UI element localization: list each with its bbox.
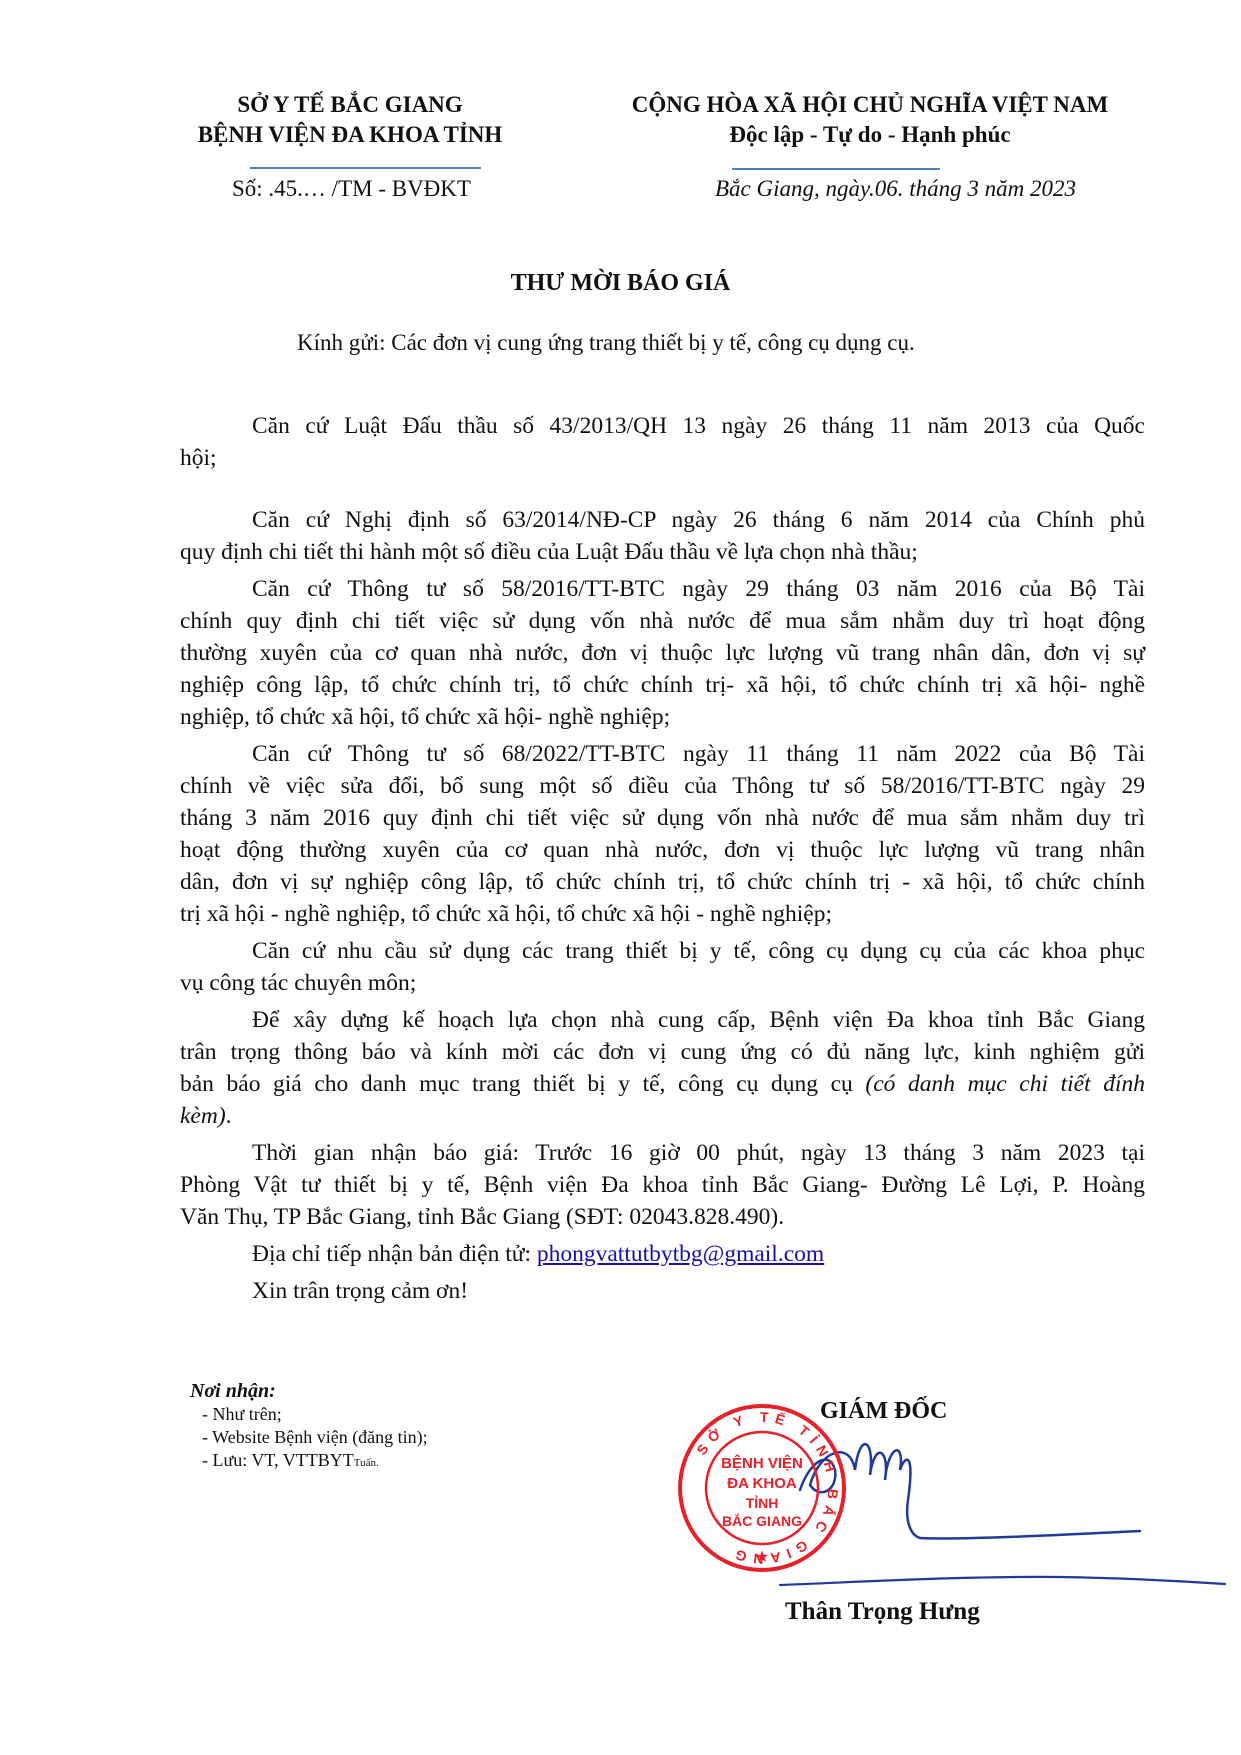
header-right-underline bbox=[732, 168, 940, 170]
email-label: Địa chỉ tiếp nhận bản điện tử: bbox=[252, 1241, 537, 1267]
national-motto: Độc lập - Tự do - Hạnh phúc bbox=[590, 122, 1150, 148]
document-title: THƯ MỜI BÁO GIÁ bbox=[0, 270, 1241, 297]
paragraph-line: Văn Thụ, TP Bắc Giang, tỉnh Bắc Giang (S… bbox=[180, 1201, 1145, 1233]
paragraph-line: nghiệp công lập, tổ chức chính trị, tổ c… bbox=[180, 669, 1145, 701]
paragraph-line: thường xuyên của cơ quan nhà nước, đơn v… bbox=[180, 637, 1145, 669]
signer-name: Thân Trọng Hưng bbox=[785, 1598, 980, 1626]
paragraph-line: Căn cứ nhu cầu sử dụng các trang thiết b… bbox=[180, 935, 1145, 967]
agency-name: SỞ Y TẾ BẮC GIANG bbox=[150, 92, 550, 118]
paragraph-line: dân, đơn vị sự nghiệp công lập, tổ chức … bbox=[180, 866, 1145, 898]
drafter-initials: Tuấn. bbox=[354, 1457, 379, 1469]
national-title: CỘNG HÒA XÃ HỘI CHỦ NGHĨA VIỆT NAM bbox=[590, 92, 1150, 118]
stamp-inner-line: TỈNH bbox=[746, 1495, 779, 1511]
paragraph-email: Địa chỉ tiếp nhận bản điện tử: phongvatt… bbox=[180, 1238, 1145, 1270]
paragraph-line: Căn cứ Nghị định số 63/2014/NĐ-CP ngày 2… bbox=[180, 504, 1145, 536]
attachment-note: (có danh mục chi tiết đính bbox=[865, 1071, 1145, 1097]
thanks-line: Xin trân trọng cảm ơn! bbox=[180, 1275, 1145, 1307]
header-left-underline bbox=[250, 167, 481, 169]
paragraph-legal-basis-4: Căn cứ Thông tư số 68/2022/TT-BTC ngày 1… bbox=[180, 738, 1145, 930]
stamp-star-icon: ★ bbox=[755, 1549, 769, 1566]
paragraph-legal-basis-2: Căn cứ Nghị định số 63/2014/NĐ-CP ngày 2… bbox=[180, 504, 1145, 568]
document-date: Bắc Giang, ngày.06. tháng 3 năm 2023 bbox=[715, 176, 1076, 202]
stamp-inner-line: BỆNH VIỆN bbox=[721, 1454, 803, 1472]
paragraph-line: Phòng Vật tư thiết bị y tế, Bệnh viện Đa… bbox=[180, 1169, 1145, 1201]
text-span: bản báo giá cho danh mục trang thiết bị … bbox=[180, 1071, 865, 1097]
paragraph-deadline: Thời gian nhận báo giá: Trước 16 giờ 00 … bbox=[180, 1137, 1145, 1233]
stamp-inner-line: ĐA KHOA bbox=[727, 1475, 797, 1492]
paragraph-needs: Căn cứ nhu cầu sử dụng các trang thiết b… bbox=[180, 935, 1145, 999]
paragraph-line: Để xây dựng kế hoạch lựa chọn nhà cung c… bbox=[180, 1004, 1145, 1036]
document-number: Số: .45.… /TM - BVĐKT bbox=[232, 176, 471, 202]
recipients-heading: Nơi nhận: bbox=[190, 1380, 428, 1403]
paragraph-line: trân trọng thông báo và kính mời các đơn… bbox=[180, 1036, 1145, 1068]
paragraph-line: Địa chỉ tiếp nhận bản điện tử: phongvatt… bbox=[180, 1238, 1145, 1270]
recipient-line: Kính gửi: Các đơn vị cung ứng trang thiế… bbox=[297, 330, 915, 356]
official-stamp: SỞ Y TẾ TỈNH BẮC GIANG BỆNH VIỆN ĐA KHOA… bbox=[676, 1402, 848, 1574]
paragraph-line: hội; bbox=[180, 442, 1145, 474]
paragraph-invitation: Để xây dựng kế hoạch lựa chọn nhà cung c… bbox=[180, 1004, 1145, 1132]
text-span: . bbox=[226, 1103, 232, 1129]
paragraph-line: nghiệp, tổ chức xã hội, tổ chức xã hội- … bbox=[180, 701, 1145, 733]
paragraph-line: Căn cứ Thông tư số 58/2016/TT-BTC ngày 2… bbox=[180, 573, 1145, 605]
paragraph-line: Căn cứ Luật Đấu thầu số 43/2013/QH 13 ng… bbox=[180, 410, 1145, 442]
paragraph-line: bản báo giá cho danh mục trang thiết bị … bbox=[180, 1068, 1145, 1100]
recipient-item: - Như trên; bbox=[190, 1403, 428, 1426]
paragraph-line: kèm). bbox=[180, 1100, 1145, 1132]
email-link[interactable]: phongvattutbytbg@gmail.com bbox=[537, 1241, 824, 1267]
paragraph-legal-basis-3: Căn cứ Thông tư số 58/2016/TT-BTC ngày 2… bbox=[180, 573, 1145, 733]
paragraph-line: tháng 3 năm 2016 quy định chi tiết việc … bbox=[180, 802, 1145, 834]
paragraph-thanks: Xin trân trọng cảm ơn! bbox=[180, 1275, 1145, 1307]
recipients-block: Nơi nhận: - Như trên; - Website Bệnh việ… bbox=[190, 1380, 428, 1475]
recipient-item-text: - Lưu: VT, VTTBYT bbox=[202, 1450, 354, 1470]
paragraph-line: quy định chi tiết thi hành một số điều c… bbox=[180, 536, 1145, 568]
paragraph-line: trị xã hội - nghề nghiệp, tổ chức xã hội… bbox=[180, 898, 1145, 930]
paragraph-line: chính về việc sửa đổi, bổ sung một số đi… bbox=[180, 770, 1145, 802]
recipient-item: - Website Bệnh viện (đăng tin); bbox=[190, 1426, 428, 1449]
document-body: Căn cứ Luật Đấu thầu số 43/2013/QH 13 ng… bbox=[180, 410, 1145, 1312]
attachment-note: kèm) bbox=[180, 1103, 226, 1129]
hospital-name: BỆNH VIỆN ĐA KHOA TỈNH bbox=[150, 122, 550, 148]
stamp-inner-line: BẮC GIANG bbox=[722, 1512, 802, 1529]
recipient-item: - Lưu: VT, VTTBYTTuấn. bbox=[190, 1449, 428, 1475]
paragraph-line: hoạt động thường xuyên của cơ quan nhà n… bbox=[180, 834, 1145, 866]
paragraph-line: Căn cứ Thông tư số 68/2022/TT-BTC ngày 1… bbox=[180, 738, 1145, 770]
paragraph-line: Thời gian nhận báo giá: Trước 16 giờ 00 … bbox=[180, 1137, 1145, 1169]
paragraph-legal-basis-1: Căn cứ Luật Đấu thầu số 43/2013/QH 13 ng… bbox=[180, 410, 1145, 474]
paragraph-line: chính quy định chi tiết việc sử dụng vốn… bbox=[180, 605, 1145, 637]
paragraph-line: vụ công tác chuyên môn; bbox=[180, 967, 1145, 999]
